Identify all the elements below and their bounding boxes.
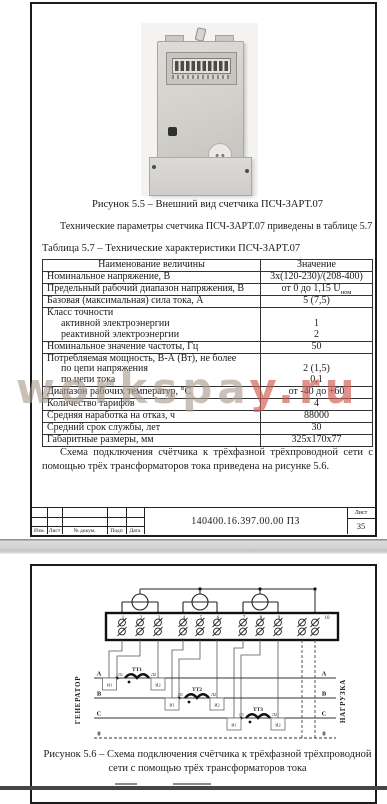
lcd-subrow [172,75,229,79]
cell-name: активной электроэнергии [43,319,261,330]
table-row: Средняя наработка на отказ, ч 88000 [43,411,372,423]
cell-value: 2 [261,330,372,341]
cell-name: Потребляемая мощность, В-А (Вт), не боле… [43,354,261,365]
table-row: Диапазон рабочих температур, °С от -40 д… [43,387,372,399]
footer-label-docnum: № докум. [62,527,107,535]
svg-text:ТТ3: ТТ3 [253,707,263,713]
cell-value: 30 [261,423,372,434]
svg-text:Л2: Л2 [151,672,156,677]
svg-text:И1: И1 [107,683,112,688]
caption-line-2: сети с помощью трёх трансформаторов тока [42,762,373,776]
meter-terminal-cover [149,157,252,196]
svg-text:И1: И1 [231,723,236,728]
document-number: 140400.16.397.00.00 ПЗ [144,508,347,534]
svg-text:Л1: Л1 [178,692,183,697]
sheet-number: 35 [347,518,375,534]
cutoff-text-remnant [173,783,211,785]
svg-text:ТТ1: ТТ1 [132,667,142,673]
meter-photo [141,23,258,196]
cell-name: Номинальное значение частоты, Гц [43,342,261,353]
figure-5-5-caption: Рисунок 5.5 – Внешний вид счетчика ПСЧ-З… [42,199,373,210]
figure-5-6-caption: Рисунок 5.6 – Схема подключения счётчика… [42,748,373,775]
cell-name: Предельный рабочий диапазон напряжения, … [43,284,261,295]
screw [245,169,249,173]
svg-text:А: А [97,671,102,678]
caption-line-1: Рисунок 5.6 – Схема подключения счётчика… [42,748,373,762]
table-title: Таблица 5.7 – Технические характеристики… [42,243,373,254]
meter-element-symbols [122,594,278,613]
header-cell-value: Значение [261,260,372,271]
footer-label-data: Дата [126,527,144,535]
header-cell-name: Наименование величины [43,260,261,271]
meter-display-panel [166,52,237,85]
wiring-diagram: 1 2 3 4 5 6 7 8 9 10 [32,566,375,756]
load-label: НАГРУЗКА [339,679,347,723]
page-separator [0,539,387,554]
table-row: Номинальное напряжение, В 3х(120-230)/(2… [43,272,372,284]
meter-body [157,41,244,161]
table-row: Предельный рабочий диапазон напряжения, … [43,284,372,296]
cell-name: по цепи напряжения [43,364,261,375]
svg-text:В: В [322,691,327,698]
cell-value: 2 (1,5) [261,364,372,375]
table-row: Габаритные размеры, мм 325х170х77 [43,435,372,446]
svg-text:И1: И1 [169,703,174,708]
table-header-row: Наименование величины Значение [43,260,372,272]
cell-name: Номинальное напряжение, В [43,272,261,283]
generator-label: ГЕНЕРАТОР [74,676,82,725]
cell-value: от 0 до 1,15 Uном [261,284,372,295]
svg-text:С: С [322,711,327,718]
svg-text:0: 0 [97,731,100,738]
viewport-bottom-edge [0,786,387,790]
value-subscript: ном [341,289,352,296]
svg-text:И2: И2 [155,683,160,688]
voltage-bus [140,589,315,613]
cell-value: 88000 [261,411,372,422]
cell-value: 4 [261,399,372,410]
intro-paragraph: Технические параметры счетчика ПСЧ-ЗАРТ.… [42,221,373,232]
terminal-block: 1 2 3 4 5 6 7 8 9 10 [106,613,338,640]
lcd-segments [175,61,228,71]
table-row: Количество тарифов 4 [43,399,372,411]
meter-lcd [172,58,231,74]
svg-text:И2: И2 [214,703,219,708]
cell-name: реактивной электроэнергии [43,330,261,341]
cell-name: Габаритные размеры, мм [43,435,261,446]
footer-label-izm: Изм. [32,527,47,535]
table-row: реактивной электроэнергии 2 [43,330,372,342]
table-row: активной электроэнергии 1 [43,319,372,330]
sheet-label: Лист [347,508,375,518]
table-row: по цепи напряжения 2 (1,5) [43,364,372,375]
table-row: Класс точности [43,308,372,319]
meter-hanger [195,27,207,42]
neutral-wires [302,640,315,738]
svg-text:Л1: Л1 [118,672,123,677]
cell-name: Базовая (максимальная) сила тока, А [43,296,261,307]
cell-value: 1 [261,319,372,330]
footer-label-podp: Подп [107,527,126,535]
spec-table: Наименование величины Значение Номинальн… [42,259,373,447]
svg-text:Л1: Л1 [239,712,244,717]
value-main: от 0 до 1,15 U [282,284,341,294]
table-row: Номинальное значение частоты, Гц 50 [43,342,372,354]
svg-text:С: С [97,711,102,718]
phase-labels-left: А В С 0 [97,671,102,738]
footer-label-list: Лист [47,527,62,535]
cell-name: Класс точности [43,308,261,319]
cell-name: Средняя наработка на отказ, ч [43,411,261,422]
svg-text:Л2: Л2 [211,692,216,697]
table-row: Базовая (максимальная) сила тока, А 5 (7… [43,296,372,308]
cell-value: 50 [261,342,372,353]
title-block: Изм. Лист № докум. Подп Дата 140400.16.3… [30,507,377,537]
screw [152,165,156,169]
svg-text:ТТ2: ТТ2 [192,687,202,693]
table-row: Средний срок службы, лет 30 [43,423,372,435]
cell-value [261,354,372,365]
svg-text:10: 10 [325,616,331,621]
cell-value: от -40 до +60 [261,387,372,398]
cell-value: 0,1 [261,375,372,386]
svg-text:И2: И2 [275,723,280,728]
cell-name: Диапазон рабочих температур, °С [43,387,261,398]
cell-value: 3х(120-230)/(208-400) [261,272,372,283]
cell-value: 5 (7,5) [261,296,372,307]
svg-text:В: В [97,691,102,698]
cell-value [261,308,372,319]
meter-button [168,127,177,136]
table-row: по цепи тока 0,1 [43,375,372,387]
outro-paragraph: Схема подключения счётчика к трёхфазной … [42,446,373,474]
svg-text:Л2: Л2 [272,712,277,717]
table-row: Потребляемая мощность, В-А (Вт), не боле… [43,354,372,365]
cell-name: по цепи тока [43,375,261,386]
cell-name: Средний срок службы, лет [43,423,261,434]
cell-name: Количество тарифов [43,399,261,410]
cell-value: 325х170х77 [261,435,372,446]
svg-text:А: А [322,671,327,678]
phase-labels-right: А В С 0 [322,671,327,738]
cutoff-text-remnant [115,783,137,785]
svg-text:0: 0 [322,731,325,738]
